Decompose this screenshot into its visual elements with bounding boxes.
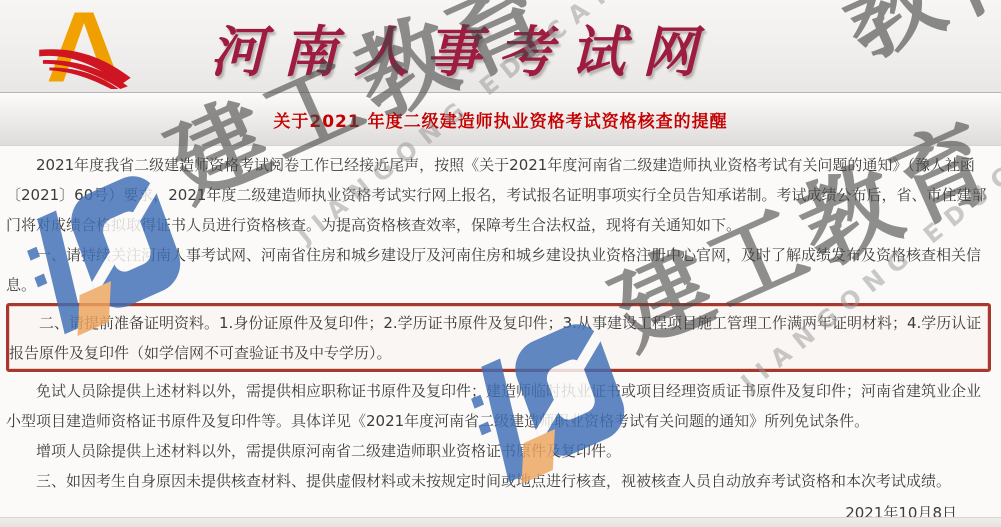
page-bottom-edge	[0, 517, 1001, 527]
highlight-box: 二、请提前准备证明资料。1.身份证原件及复印件；2.学历证书原件及复印件；3.从…	[6, 303, 991, 372]
notice-paragraph-2-highlighted: 二、请提前准备证明资料。1.身份证原件及复印件；2.学历证书原件及复印件；3.从…	[9, 308, 982, 368]
notice-title: 关于2021 年度二级建造师执业资格考试资格核查的提醒	[273, 107, 727, 132]
notice-title-bar: 关于2021 年度二级建造师执业资格考试资格核查的提醒	[0, 93, 1001, 146]
site-logo-icon	[28, 5, 168, 89]
notice-body: 2021年度我省二级建造师资格考试阅卷工作已经接近尾声，按照《关于2021年度河…	[0, 146, 1001, 527]
notice-paragraph-exempt: 免试人员除提供上述材料以外，需提供相应职称证书原件及复印件；建造师临时执业证书或…	[6, 376, 991, 436]
notice-paragraph-3: 三、如因考生自身原因未提供核查材料、提供虚假材料或未按规定时间或地点进行核查，视…	[6, 466, 991, 496]
page: 河南人事考试网 关于2021 年度二级建造师执业资格考试资格核查的提醒 2021…	[0, 0, 1001, 527]
notice-paragraph-intro: 2021年度我省二级建造师资格考试阅卷工作已经接近尾声，按照《关于2021年度河…	[6, 150, 991, 240]
notice-paragraph-1: 一、请持续关注河南人事考试网、河南省住房和城乡建设厅及河南住房和城乡建设执业资格…	[6, 240, 991, 300]
notice-paragraph-additional: 增项人员除提供上述材料以外，需提供原河南省二级建造师职业资格证书原件及复印件。	[6, 436, 991, 466]
site-header: 河南人事考试网	[0, 0, 1001, 93]
site-name: 河南人事考试网	[210, 8, 714, 87]
